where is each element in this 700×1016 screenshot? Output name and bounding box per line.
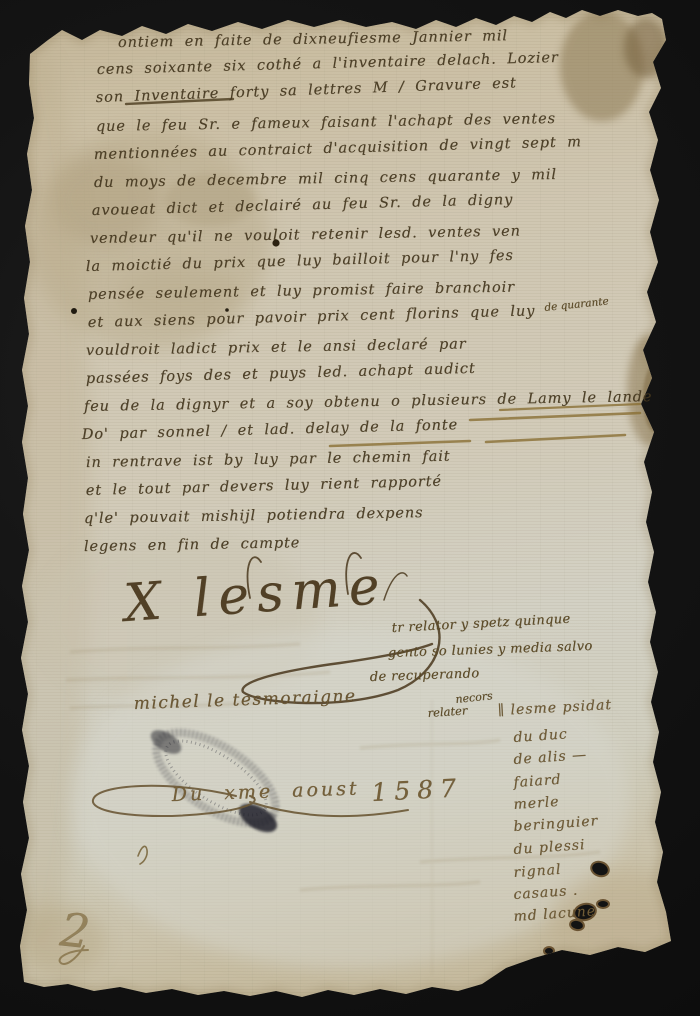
name-list-item: merle [513, 795, 560, 812]
date-year: 1587 [371, 775, 464, 805]
name-list-item: rignal [513, 863, 562, 880]
witness-note-line: relater [427, 705, 467, 719]
name-list-item: faiard [513, 773, 562, 790]
photo-background: ontiem en faite de dixneufiesme Jannier … [0, 0, 700, 1016]
name-list-item: du duc [513, 727, 568, 745]
marginal-note-line: de recuperando [370, 667, 480, 684]
page-number: 2 [58, 906, 92, 955]
manuscript-line: legens en fin de campte [84, 536, 301, 554]
